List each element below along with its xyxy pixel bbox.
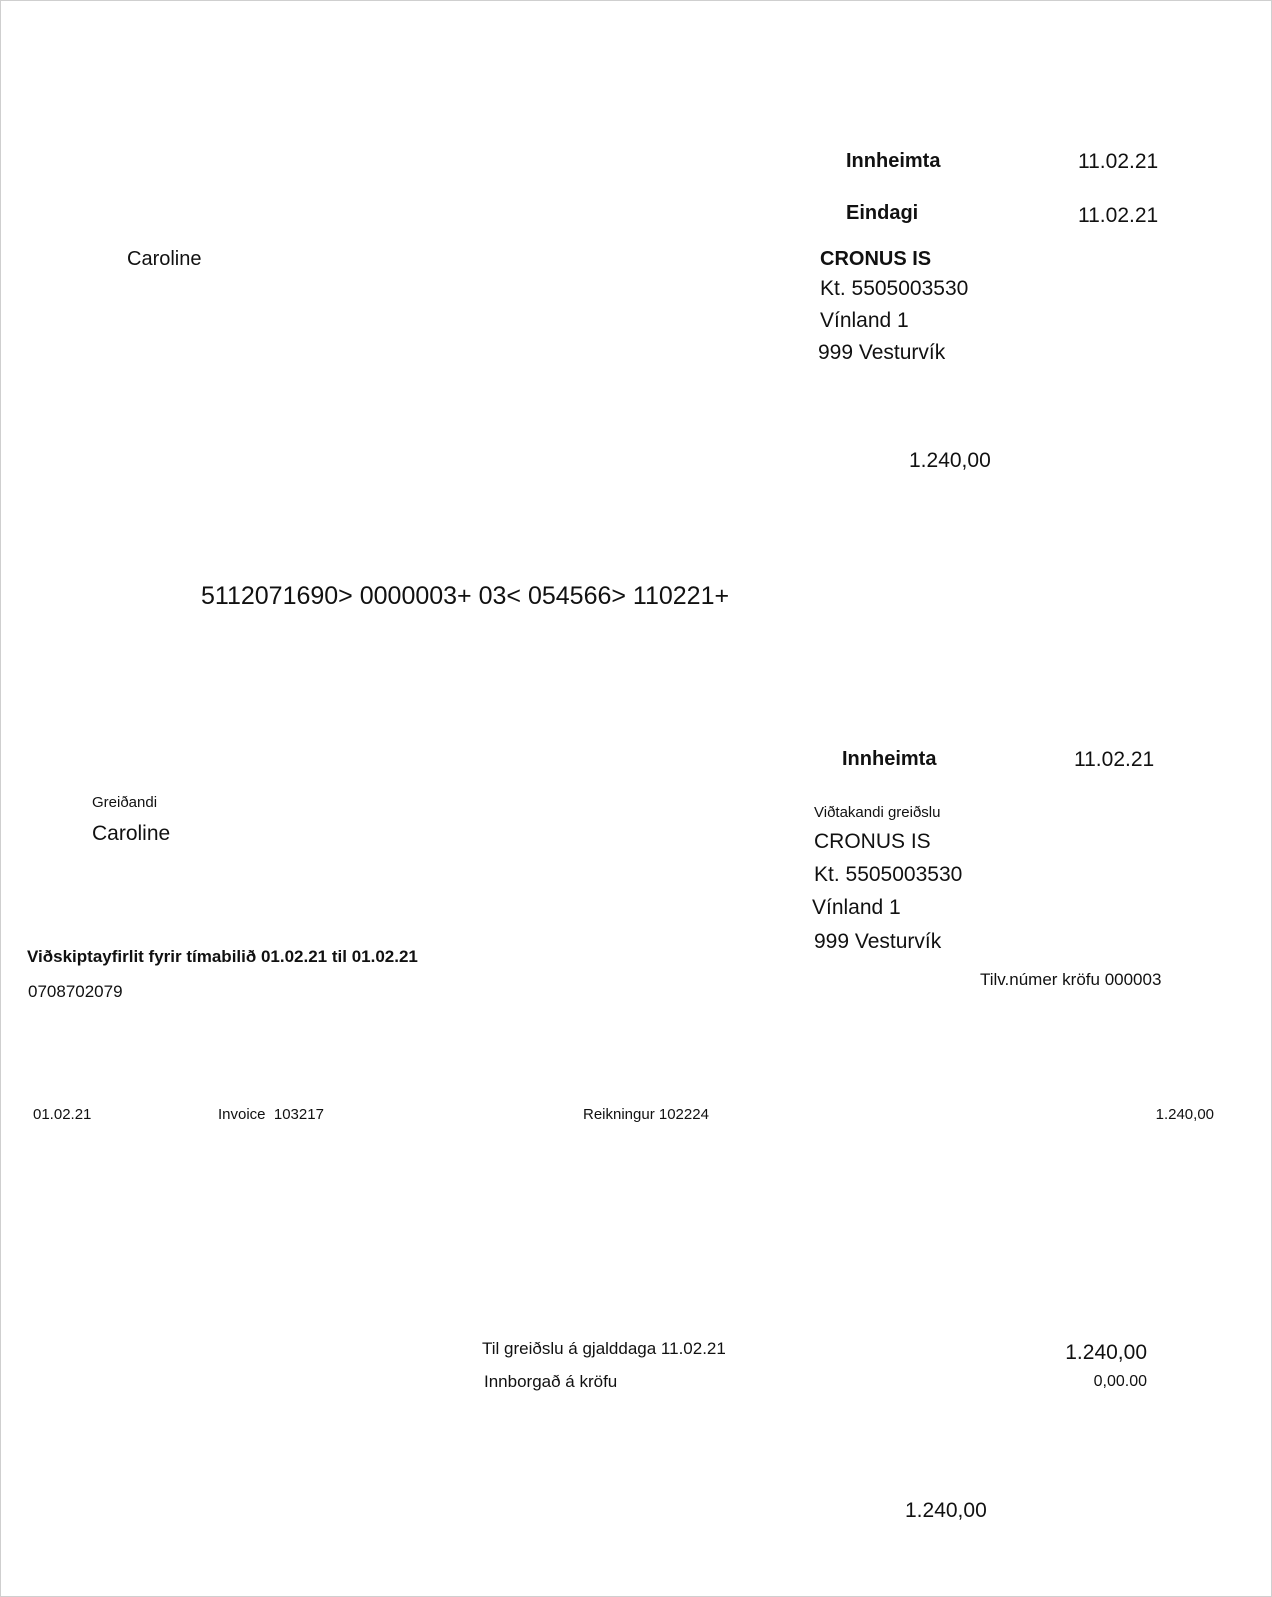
payer-label: Greiðandi	[92, 795, 157, 810]
payee-kt-2: Kt. 5505003530	[814, 864, 962, 885]
paid-label: Innborgað á kröfu	[484, 1373, 617, 1390]
payee-label: Viðtakandi greiðslu	[814, 805, 940, 820]
payee-name: CRONUS IS	[820, 249, 931, 269]
ocr-line: 5112071690> 0000003+ 03< 054566> 110221+	[201, 584, 729, 609]
transaction-description: Invoice 103217	[218, 1107, 324, 1122]
total-amount: 1.240,00	[905, 1500, 987, 1521]
eindagi-label: Eindagi	[846, 203, 918, 223]
transaction-date: 01.02.21	[33, 1107, 91, 1122]
eindagi-date: 11.02.21	[1078, 205, 1158, 226]
innheimta-label-2: Innheimta	[842, 749, 936, 769]
due-label: Til greiðslu á gjalddaga 11.02.21	[482, 1340, 726, 1357]
paid-amount: 0,00.00	[1001, 1374, 1147, 1390]
payee-city-2: 999 Vesturvík	[814, 931, 941, 952]
payee-street-2: Vínland 1	[812, 897, 901, 918]
payee-name-2: CRONUS IS	[814, 831, 931, 852]
payee-street: Vínland 1	[820, 310, 909, 331]
payer-name-2: Caroline	[92, 823, 170, 844]
payee-city: 999 Vesturvík	[818, 342, 945, 363]
invoice-page: Innheimta 11.02.21 Eindagi 11.02.21 Caro…	[0, 0, 1272, 1597]
payer-name: Caroline	[127, 249, 201, 269]
statement-title: Viðskiptayfirlit fyrir tímabilið 01.02.2…	[27, 948, 418, 965]
claim-reference: Tilv.númer kröfu 000003	[980, 971, 1161, 988]
innheimta-label: Innheimta	[846, 151, 940, 171]
due-amount: 1.240,00	[1001, 1342, 1147, 1363]
account-id: 0708702079	[28, 983, 123, 1000]
innheimta-date: 11.02.21	[1078, 151, 1158, 172]
payee-kt: Kt. 5505003530	[820, 278, 968, 299]
innheimta-date-2: 11.02.21	[1074, 749, 1154, 770]
transaction-amount: 1.240,00	[1101, 1107, 1214, 1122]
transaction-reference: Reikningur 102224	[583, 1107, 709, 1122]
amount-top: 1.240,00	[909, 450, 991, 471]
